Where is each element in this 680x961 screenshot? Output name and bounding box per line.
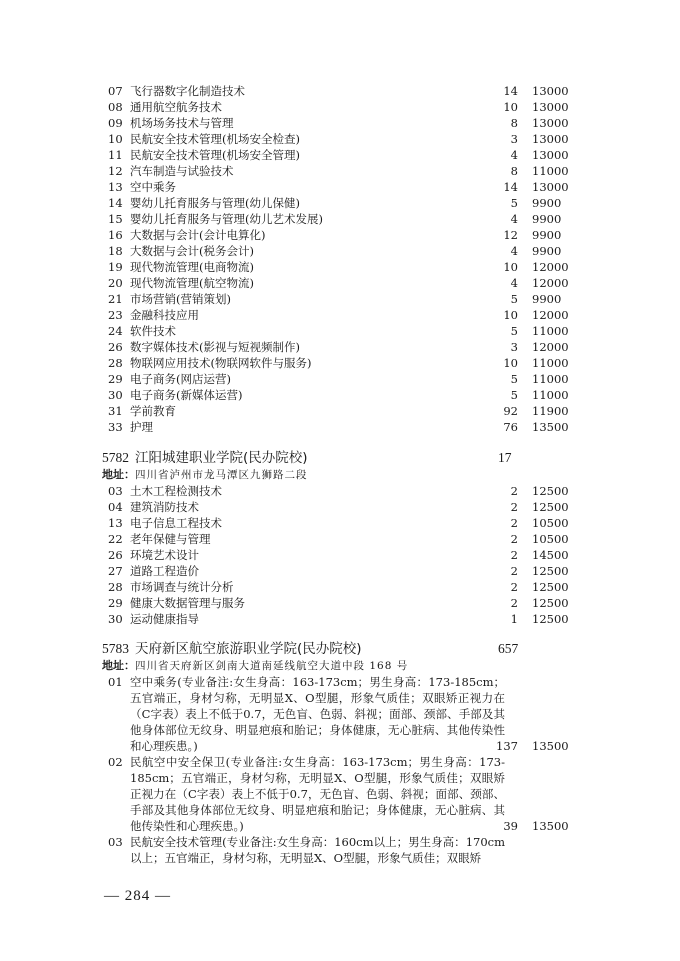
table-row: 08通用航空航务技术1013000 [108,99,568,115]
table-row: 12汽车制造与试验技术811000 [108,163,568,179]
table-row: 14婴幼儿托育服务与管理(幼儿保健)59900 [108,195,568,211]
page-number: — 284 — [104,888,171,905]
school-address: 地址：四川省天府新区剑南大道南延线航空大道中段 168 号 [102,658,408,674]
school-id: 5783 [102,641,129,656]
school-header: 5783天府新区航空旅游职业学院(民办院校)657 [102,639,572,659]
table-row: 30运动健康指导112500 [108,611,568,627]
table-row: 03 民航安全技术管理(专业备注:女生身高：160cm以上；男生身高：170cm… [108,834,568,866]
table-row: 33护理7613500 [108,419,568,435]
table-row: 21市场营销(营销策划)59900 [108,291,568,307]
table-row: 13空中乘务1413000 [108,179,568,195]
table-row: 24软件技术511000 [108,323,568,339]
table-row: 02 民航空中安全保卫(专业备注:女生身高：163-173cm；男生身高：173… [108,754,568,834]
table-row: 31学前教育9211900 [108,403,568,419]
table-row: 04建筑消防技术212500 [108,499,568,515]
table-row: 03土木工程检测技术212500 [108,483,568,499]
table-row: 23金融科技应用1012000 [108,307,568,323]
table-row: 29健康大数据管理与服务212500 [108,595,568,611]
table-row: 18大数据与会计(税务会计)49900 [108,243,568,259]
school-total: 17 [498,448,512,468]
table-row: 13电子信息工程技术210500 [108,515,568,531]
school-header: 5782江阳城建职业学院(民办院校)17 [102,448,572,468]
table-row: 20现代物流管理(航空物流)412000 [108,275,568,291]
table-row: 29电子商务(网店运营)511000 [108,371,568,387]
table-row: 19现代物流管理(电商物流)1012000 [108,259,568,275]
table-row: 07飞行器数字化制造技术1413000 [108,83,568,99]
school-address: 地址：四川省泸州市龙马潭区九狮路二段 [102,467,308,483]
table-row: 26数字媒体技术(影视与短视频制作)312000 [108,339,568,355]
table-row: 28物联网应用技术(物联网软件与服务)1011000 [108,355,568,371]
school-name: 江阳城建职业学院(民办院校) [135,450,308,466]
table-row: 22老年保健与管理210500 [108,531,568,547]
table-row: 15婴幼儿托育服务与管理(幼儿艺术发展)49900 [108,211,568,227]
table-row: 27道路工程造价212500 [108,563,568,579]
table-row: 01 空中乘务(专业备注:女生身高：163-173cm；男生身高：173-185… [108,674,568,754]
school-name: 天府新区航空旅游职业学院(民办院校) [135,641,362,657]
table-row: 11民航安全技术管理(机场安全管理)413000 [108,147,568,163]
school-id: 5782 [102,450,129,465]
table-row: 09机场场务技术与管理813000 [108,115,568,131]
table-row: 10民航安全技术管理(机场安全检查)313000 [108,131,568,147]
document-page: 07飞行器数字化制造技术1413000 08通用航空航务技术1013000 09… [0,0,680,961]
table-row: 28市场调查与统计分析212500 [108,579,568,595]
table-row: 16大数据与会计(会计电算化)129900 [108,227,568,243]
table-row: 26环境艺术设计214500 [108,547,568,563]
school-total: 657 [498,639,518,659]
table-row: 30电子商务(新媒体运营)511000 [108,387,568,403]
